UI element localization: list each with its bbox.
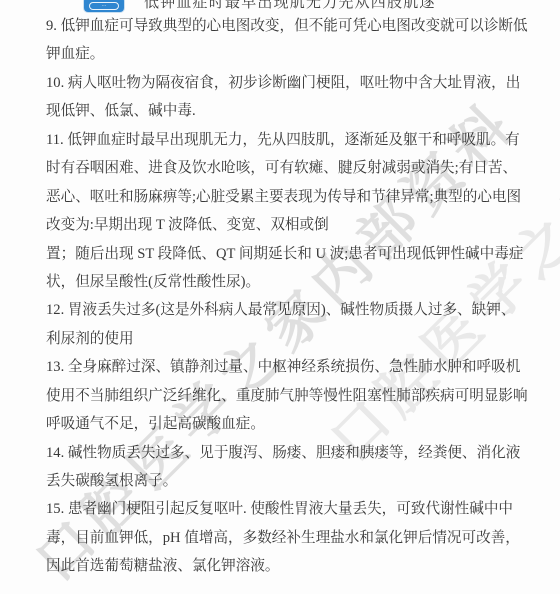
app-badge[interactable]: ···	[84, 0, 124, 12]
document-page: 口腔医学之家内部资料 口腔医学之家内部资料 ··· 低钾血症时最早出现肌无力先从…	[0, 0, 560, 594]
doc-line: 丢失碳酸氢根离子。	[46, 467, 542, 495]
clipped-text-line: 低钾血症时最早出现肌无力先从四肢肌逐	[144, 0, 436, 12]
doc-line: 14. 碱性物质丢失过多、见于腹泻、肠瘘、胆瘘和胰瘘等，经粪便、消化液	[46, 439, 542, 467]
doc-line: 13. 全身麻醉过深、镇静剂过量、中枢神经系统损伤、急性肺水肿和呼吸机	[46, 353, 542, 381]
doc-line: 12. 胃液丢失过多(这是外科病人最常见原因)、碱性物质摄人过多、缺钾、	[46, 296, 542, 324]
document-text: 9. 低钾血症可导致典型的心电图改变，但不能可凭心电图改变就可以诊断低 钾血症。…	[46, 12, 542, 581]
doc-line: 呼吸通气不足，引起高碳酸血症。	[46, 410, 542, 438]
doc-line: 改变为:早期出现 T 波降低、变宽、双相或倒	[46, 211, 542, 239]
doc-line: 现低钾、低氯、碱中毒.	[46, 97, 542, 125]
doc-line: 恶心、呕吐和肠麻痹等;心脏受累主要表现为传导和节律异常;典型的心电图	[46, 183, 542, 211]
doc-line: 利尿剂的使用	[46, 325, 542, 353]
doc-line: 置；随后出现 ST 段降低、QT 间期延长和 U 波;患者可出现低钾性碱中毒症	[46, 240, 542, 268]
doc-line: 11. 低钾血症时最早出现肌无力，先从四肢肌，逐渐延及躯干和呼吸肌。有	[46, 126, 542, 154]
doc-line: 时有吞咽困难、进食及饮水呛咳，可有软瘫、腱反射减弱或消失;有日苦、	[46, 154, 542, 182]
doc-line: 毒，目前血钾低，pH 值增高，多数经补生理盐水和氯化钾后情况可改善，	[46, 524, 542, 552]
doc-line: 因此首选葡萄糖盐液、氯化钾溶液。	[46, 552, 542, 580]
doc-line: 9. 低钾血症可导致典型的心电图改变，但不能可凭心电图改变就可以诊断低	[46, 12, 542, 40]
doc-line: 15. 患者幽门梗阻引起反复呕叶. 使酸性胃液大量丢失，可致代谢性碱中中	[46, 495, 542, 523]
doc-line: 钾血症。	[46, 40, 542, 68]
doc-line: 使用不当肺组织广泛纤维化、重度肺气肿等慢性阻塞性肺部疾病可明显影响	[46, 382, 542, 410]
doc-line: 10. 病人呕吐物为隔夜宿食，初步诊断幽门梗阻，呕吐物中含大址胃液，出	[46, 69, 542, 97]
app-badge-label: ···	[89, 2, 119, 10]
doc-line: 状，但尿呈酸性(反常性酸性尿)。	[46, 268, 542, 296]
